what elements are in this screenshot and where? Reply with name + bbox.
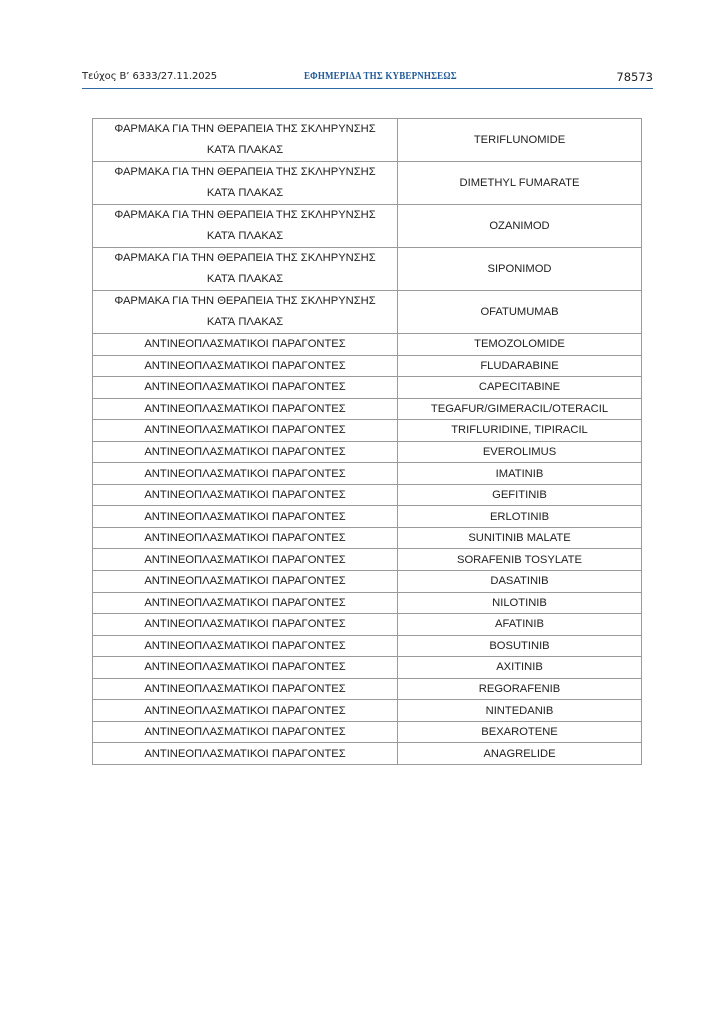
table-row: ΑΝΤΙΝΕΟΠΛΑΣΜΑΤΙΚΟΙ ΠΑΡΑΓΟΝΤΕΣANAGRELIDE bbox=[93, 743, 642, 765]
table-row: ΑΝΤΙΝΕΟΠΛΑΣΜΑΤΙΚΟΙ ΠΑΡΑΓΟΝΤΕΣNILOTINIB bbox=[93, 592, 642, 614]
table-row: ΑΝΤΙΝΕΟΠΛΑΣΜΑΤΙΚΟΙ ΠΑΡΑΓΟΝΤΕΣAXITINIB bbox=[93, 657, 642, 679]
substance-cell: DIMETHYL FUMARATE bbox=[398, 162, 642, 205]
substance-cell: AFATINIB bbox=[398, 614, 642, 636]
substance-cell: TRIFLURIDINE, TIPIRACIL bbox=[398, 420, 642, 442]
substance-cell: ERLOTINIB bbox=[398, 506, 642, 528]
substance-cell: SUNITINIB MALATE bbox=[398, 527, 642, 549]
substance-cell: TEGAFUR/GIMERACIL/OTERACIL bbox=[398, 398, 642, 420]
category-line-2: ΚΑΤΆ ΠΛΑΚΑΣ bbox=[97, 140, 393, 161]
category-cell: ΑΝΤΙΝΕΟΠΛΑΣΜΑΤΙΚΟΙ ΠΑΡΑΓΟΝΤΕΣ bbox=[93, 420, 398, 442]
table-row: ΑΝΤΙΝΕΟΠΛΑΣΜΑΤΙΚΟΙ ΠΑΡΑΓΟΝΤΕΣTEMOZOLOMID… bbox=[93, 334, 642, 356]
substance-cell: TEMOZOLOMIDE bbox=[398, 334, 642, 356]
table-row: ΑΝΤΙΝΕΟΠΛΑΣΜΑΤΙΚΟΙ ΠΑΡΑΓΟΝΤΕΣDASATINIB bbox=[93, 571, 642, 593]
substance-cell: OFATUMUMAB bbox=[398, 291, 642, 334]
category-cell: ΑΝΤΙΝΕΟΠΛΑΣΜΑΤΙΚΟΙ ΠΑΡΑΓΟΝΤΕΣ bbox=[93, 614, 398, 636]
table-row: ΑΝΤΙΝΕΟΠΛΑΣΜΑΤΙΚΟΙ ΠΑΡΑΓΟΝΤΕΣTEGAFUR/GIM… bbox=[93, 398, 642, 420]
table-row: ΑΝΤΙΝΕΟΠΛΑΣΜΑΤΙΚΟΙ ΠΑΡΑΓΟΝΤΕΣFLUDARABINE bbox=[93, 355, 642, 377]
category-line-1: ΦΑΡΜΑΚΑ ΓΙΑ ΤΗΝ ΘΕΡΑΠΕΙΑ ΤΗΣ ΣΚΛΗΡΥΝΣΗΣ bbox=[97, 205, 393, 226]
category-line-1: ΦΑΡΜΑΚΑ ΓΙΑ ΤΗΝ ΘΕΡΑΠΕΙΑ ΤΗΣ ΣΚΛΗΡΥΝΣΗΣ bbox=[97, 291, 393, 312]
table-row: ΑΝΤΙΝΕΟΠΛΑΣΜΑΤΙΚΟΙ ΠΑΡΑΓΟΝΤΕΣNINTEDANIB bbox=[93, 700, 642, 722]
substance-cell: OZANIMOD bbox=[398, 205, 642, 248]
table-row: ΑΝΤΙΝΕΟΠΛΑΣΜΑΤΙΚΟΙ ΠΑΡΑΓΟΝΤΕΣCAPECITABIN… bbox=[93, 377, 642, 399]
table-row: ΑΝΤΙΝΕΟΠΛΑΣΜΑΤΙΚΟΙ ΠΑΡΑΓΟΝΤΕΣBOSUTINIB bbox=[93, 635, 642, 657]
category-cell: ΑΝΤΙΝΕΟΠΛΑΣΜΑΤΙΚΟΙ ΠΑΡΑΓΟΝΤΕΣ bbox=[93, 657, 398, 679]
substance-cell: SORAFENIB TOSYLATE bbox=[398, 549, 642, 571]
issue-reference: Τεύχος Β’ 6333/27.11.2025 bbox=[82, 71, 217, 82]
table-row: ΑΝΤΙΝΕΟΠΛΑΣΜΑΤΙΚΟΙ ΠΑΡΑΓΟΝΤΕΣIMATINIB bbox=[93, 463, 642, 485]
category-cell: ΦΑΡΜΑΚΑ ΓΙΑ ΤΗΝ ΘΕΡΑΠΕΙΑ ΤΗΣ ΣΚΛΗΡΥΝΣΗΣΚ… bbox=[93, 162, 398, 205]
table-row: ΑΝΤΙΝΕΟΠΛΑΣΜΑΤΙΚΟΙ ΠΑΡΑΓΟΝΤΕΣGEFITINIB bbox=[93, 484, 642, 506]
table-row: ΑΝΤΙΝΕΟΠΛΑΣΜΑΤΙΚΟΙ ΠΑΡΑΓΟΝΤΕΣERLOTINIB bbox=[93, 506, 642, 528]
category-cell: ΑΝΤΙΝΕΟΠΛΑΣΜΑΤΙΚΟΙ ΠΑΡΑΓΟΝΤΕΣ bbox=[93, 592, 398, 614]
category-cell: ΑΝΤΙΝΕΟΠΛΑΣΜΑΤΙΚΟΙ ΠΑΡΑΓΟΝΤΕΣ bbox=[93, 527, 398, 549]
table-row: ΑΝΤΙΝΕΟΠΛΑΣΜΑΤΙΚΟΙ ΠΑΡΑΓΟΝΤΕΣBEXAROTENE bbox=[93, 721, 642, 743]
substance-cell: GEFITINIB bbox=[398, 484, 642, 506]
category-cell: ΑΝΤΙΝΕΟΠΛΑΣΜΑΤΙΚΟΙ ΠΑΡΑΓΟΝΤΕΣ bbox=[93, 700, 398, 722]
table-row: ΦΑΡΜΑΚΑ ΓΙΑ ΤΗΝ ΘΕΡΑΠΕΙΑ ΤΗΣ ΣΚΛΗΡΥΝΣΗΣΚ… bbox=[93, 291, 642, 334]
category-cell: ΑΝΤΙΝΕΟΠΛΑΣΜΑΤΙΚΟΙ ΠΑΡΑΓΟΝΤΕΣ bbox=[93, 484, 398, 506]
table-row: ΑΝΤΙΝΕΟΠΛΑΣΜΑΤΙΚΟΙ ΠΑΡΑΓΟΝΤΕΣEVEROLIMUS bbox=[93, 441, 642, 463]
substance-cell: BOSUTINIB bbox=[398, 635, 642, 657]
table-row: ΑΝΤΙΝΕΟΠΛΑΣΜΑΤΙΚΟΙ ΠΑΡΑΓΟΝΤΕΣTRIFLURIDIN… bbox=[93, 420, 642, 442]
category-line-2: ΚΑΤΆ ΠΛΑΚΑΣ bbox=[97, 312, 393, 333]
category-cell: ΑΝΤΙΝΕΟΠΛΑΣΜΑΤΙΚΟΙ ΠΑΡΑΓΟΝΤΕΣ bbox=[93, 743, 398, 765]
substance-cell: NILOTINIB bbox=[398, 592, 642, 614]
substance-cell: IMATINIB bbox=[398, 463, 642, 485]
table-row: ΑΝΤΙΝΕΟΠΛΑΣΜΑΤΙΚΟΙ ΠΑΡΑΓΟΝΤΕΣREGORAFENIB bbox=[93, 678, 642, 700]
substance-cell: REGORAFENIB bbox=[398, 678, 642, 700]
category-cell: ΑΝΤΙΝΕΟΠΛΑΣΜΑΤΙΚΟΙ ΠΑΡΑΓΟΝΤΕΣ bbox=[93, 463, 398, 485]
substance-cell: AXITINIB bbox=[398, 657, 642, 679]
category-line-2: ΚΑΤΆ ΠΛΑΚΑΣ bbox=[97, 269, 393, 290]
category-cell: ΑΝΤΙΝΕΟΠΛΑΣΜΑΤΙΚΟΙ ΠΑΡΑΓΟΝΤΕΣ bbox=[93, 635, 398, 657]
category-cell: ΑΝΤΙΝΕΟΠΛΑΣΜΑΤΙΚΟΙ ΠΑΡΑΓΟΝΤΕΣ bbox=[93, 377, 398, 399]
table-row: ΦΑΡΜΑΚΑ ΓΙΑ ΤΗΝ ΘΕΡΑΠΕΙΑ ΤΗΣ ΣΚΛΗΡΥΝΣΗΣΚ… bbox=[93, 248, 642, 291]
category-cell: ΑΝΤΙΝΕΟΠΛΑΣΜΑΤΙΚΟΙ ΠΑΡΑΓΟΝΤΕΣ bbox=[93, 334, 398, 356]
category-line-1: ΦΑΡΜΑΚΑ ΓΙΑ ΤΗΝ ΘΕΡΑΠΕΙΑ ΤΗΣ ΣΚΛΗΡΥΝΣΗΣ bbox=[97, 248, 393, 269]
page-number: 78573 bbox=[616, 70, 653, 84]
substance-cell: ANAGRELIDE bbox=[398, 743, 642, 765]
substance-cell: TERIFLUNOMIDE bbox=[398, 119, 642, 162]
drug-table-body: ΦΑΡΜΑΚΑ ΓΙΑ ΤΗΝ ΘΕΡΑΠΕΙΑ ΤΗΣ ΣΚΛΗΡΥΝΣΗΣΚ… bbox=[93, 119, 642, 765]
category-cell: ΑΝΤΙΝΕΟΠΛΑΣΜΑΤΙΚΟΙ ΠΑΡΑΓΟΝΤΕΣ bbox=[93, 506, 398, 528]
category-cell: ΦΑΡΜΑΚΑ ΓΙΑ ΤΗΝ ΘΕΡΑΠΕΙΑ ΤΗΣ ΣΚΛΗΡΥΝΣΗΣΚ… bbox=[93, 205, 398, 248]
table-row: ΦΑΡΜΑΚΑ ΓΙΑ ΤΗΝ ΘΕΡΑΠΕΙΑ ΤΗΣ ΣΚΛΗΡΥΝΣΗΣΚ… bbox=[93, 205, 642, 248]
table-row: ΦΑΡΜΑΚΑ ΓΙΑ ΤΗΝ ΘΕΡΑΠΕΙΑ ΤΗΣ ΣΚΛΗΡΥΝΣΗΣΚ… bbox=[93, 162, 642, 205]
category-line-1: ΦΑΡΜΑΚΑ ΓΙΑ ΤΗΝ ΘΕΡΑΠΕΙΑ ΤΗΣ ΣΚΛΗΡΥΝΣΗΣ bbox=[97, 119, 393, 140]
table-row: ΑΝΤΙΝΕΟΠΛΑΣΜΑΤΙΚΟΙ ΠΑΡΑΓΟΝΤΕΣAFATINIB bbox=[93, 614, 642, 636]
category-cell: ΑΝΤΙΝΕΟΠΛΑΣΜΑΤΙΚΟΙ ΠΑΡΑΓΟΝΤΕΣ bbox=[93, 678, 398, 700]
category-cell: ΑΝΤΙΝΕΟΠΛΑΣΜΑΤΙΚΟΙ ΠΑΡΑΓΟΝΤΕΣ bbox=[93, 721, 398, 743]
category-line-1: ΦΑΡΜΑΚΑ ΓΙΑ ΤΗΝ ΘΕΡΑΠΕΙΑ ΤΗΣ ΣΚΛΗΡΥΝΣΗΣ bbox=[97, 162, 393, 183]
substance-cell: EVEROLIMUS bbox=[398, 441, 642, 463]
table-row: ΑΝΤΙΝΕΟΠΛΑΣΜΑΤΙΚΟΙ ΠΑΡΑΓΟΝΤΕΣSORAFENIB T… bbox=[93, 549, 642, 571]
table-row: ΦΑΡΜΑΚΑ ΓΙΑ ΤΗΝ ΘΕΡΑΠΕΙΑ ΤΗΣ ΣΚΛΗΡΥΝΣΗΣΚ… bbox=[93, 119, 642, 162]
category-cell: ΦΑΡΜΑΚΑ ΓΙΑ ΤΗΝ ΘΕΡΑΠΕΙΑ ΤΗΣ ΣΚΛΗΡΥΝΣΗΣΚ… bbox=[93, 291, 398, 334]
category-cell: ΑΝΤΙΝΕΟΠΛΑΣΜΑΤΙΚΟΙ ΠΑΡΑΓΟΝΤΕΣ bbox=[93, 441, 398, 463]
category-line-2: ΚΑΤΆ ΠΛΑΚΑΣ bbox=[97, 226, 393, 247]
table-row: ΑΝΤΙΝΕΟΠΛΑΣΜΑΤΙΚΟΙ ΠΑΡΑΓΟΝΤΕΣSUNITINIB M… bbox=[93, 527, 642, 549]
drug-table: ΦΑΡΜΑΚΑ ΓΙΑ ΤΗΝ ΘΕΡΑΠΕΙΑ ΤΗΣ ΣΚΛΗΡΥΝΣΗΣΚ… bbox=[92, 118, 642, 765]
substance-cell: BEXAROTENE bbox=[398, 721, 642, 743]
category-cell: ΦΑΡΜΑΚΑ ΓΙΑ ΤΗΝ ΘΕΡΑΠΕΙΑ ΤΗΣ ΣΚΛΗΡΥΝΣΗΣΚ… bbox=[93, 119, 398, 162]
category-cell: ΑΝΤΙΝΕΟΠΛΑΣΜΑΤΙΚΟΙ ΠΑΡΑΓΟΝΤΕΣ bbox=[93, 571, 398, 593]
substance-cell: SIPONIMOD bbox=[398, 248, 642, 291]
substance-cell: FLUDARABINE bbox=[398, 355, 642, 377]
category-cell: ΑΝΤΙΝΕΟΠΛΑΣΜΑΤΙΚΟΙ ΠΑΡΑΓΟΝΤΕΣ bbox=[93, 355, 398, 377]
substance-cell: DASATINIB bbox=[398, 571, 642, 593]
category-cell: ΑΝΤΙΝΕΟΠΛΑΣΜΑΤΙΚΟΙ ΠΑΡΑΓΟΝΤΕΣ bbox=[93, 398, 398, 420]
page-header: Τεύχος Β’ 6333/27.11.2025 ΕΦΗΜΕΡΙΔΑ ΤΗΣ … bbox=[82, 70, 653, 89]
substance-cell: CAPECITABINE bbox=[398, 377, 642, 399]
substance-cell: NINTEDANIB bbox=[398, 700, 642, 722]
category-cell: ΦΑΡΜΑΚΑ ΓΙΑ ΤΗΝ ΘΕΡΑΠΕΙΑ ΤΗΣ ΣΚΛΗΡΥΝΣΗΣΚ… bbox=[93, 248, 398, 291]
category-cell: ΑΝΤΙΝΕΟΠΛΑΣΜΑΤΙΚΟΙ ΠΑΡΑΓΟΝΤΕΣ bbox=[93, 549, 398, 571]
gazette-title: ΕΦΗΜΕΡΙΔΑ ΤΗΣ ΚΥΒΕΡΝΗΣΕΩΣ bbox=[304, 71, 457, 82]
category-line-2: ΚΑΤΆ ΠΛΑΚΑΣ bbox=[97, 183, 393, 204]
